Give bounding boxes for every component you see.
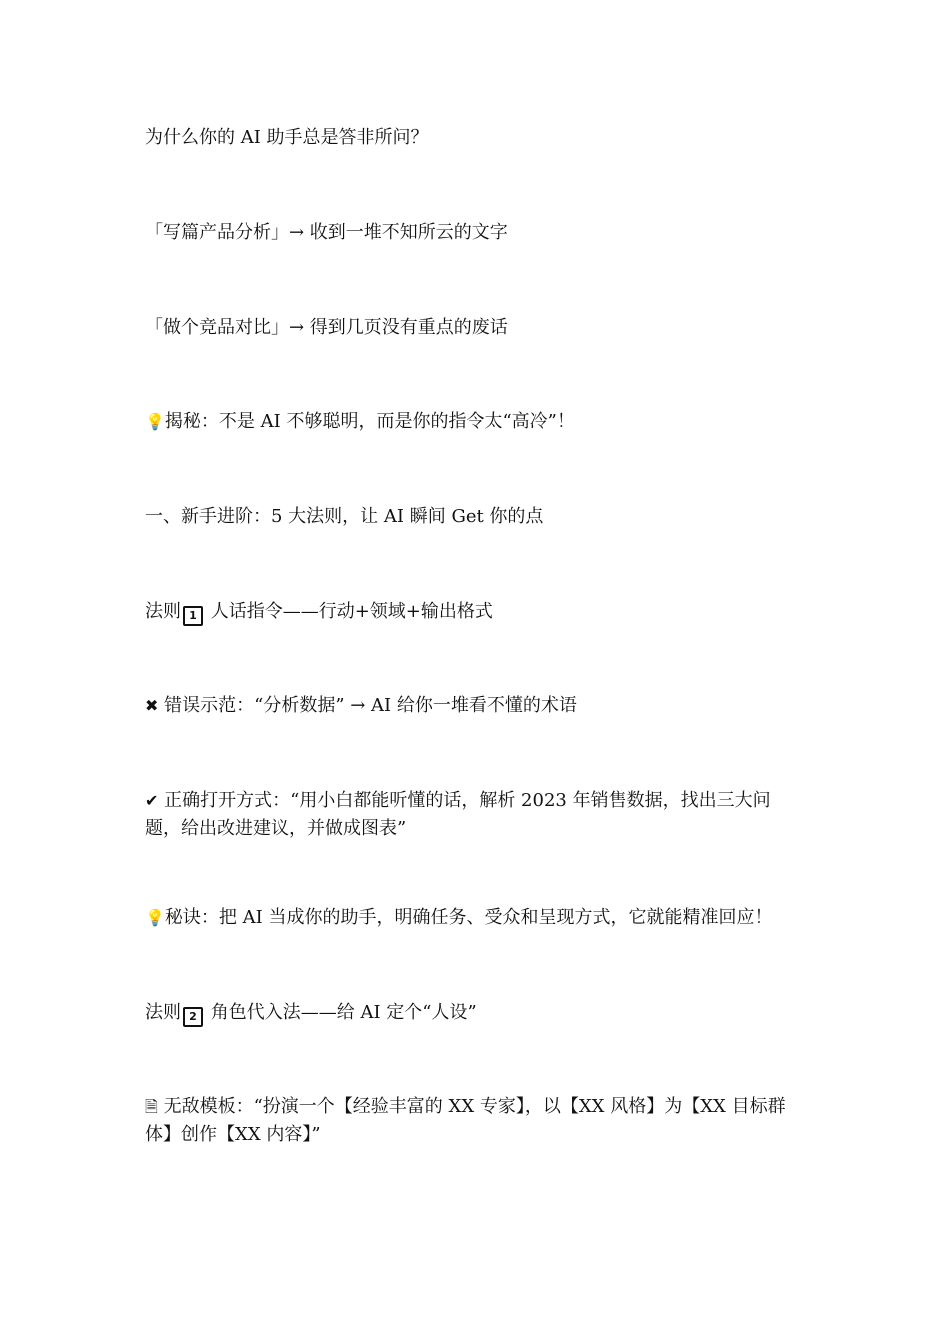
section-heading-five-rules: 一、新手进阶：5 大法则，让 AI 瞬间 Get 你的点: [145, 503, 805, 531]
paragraph-text: 正确打开方式：“用小白都能听懂的话，解析 2023 年销售数据，找出三大问题，给…: [145, 790, 771, 839]
paragraph-text: 「做个竞品对比」→ 得到几页没有重点的废话: [145, 317, 508, 338]
paragraph-example-competitor-comparison: 「做个竞品对比」→ 得到几页没有重点的废话: [145, 314, 805, 342]
paragraph-correct-example: ✔ 正确打开方式：“用小白都能听懂的话，解析 2023 年销售数据，找出三大问题…: [145, 787, 805, 843]
rule-title: 人话指令——行动+领域+输出格式: [205, 601, 493, 622]
keycap-1-icon: 1: [183, 606, 203, 626]
keycap-2-icon: 2: [183, 1007, 203, 1027]
paragraph-template: 🗎 无敌模板：“扮演一个【经验丰富的 XX 专家】，以【XX 风格】为【XX 目…: [145, 1093, 805, 1149]
section-heading-text: 一、新手进阶：5 大法则，让 AI 瞬间 Get 你的点: [145, 506, 543, 527]
lightbulb-icon: 💡: [145, 408, 165, 436]
paragraph-text: 「写篇产品分析」→ 收到一堆不知所云的文字: [145, 222, 508, 243]
rule-2-heading: 法则2 角色代入法——给 AI 定个“人设”: [145, 999, 805, 1027]
document-page: 为什么你的 AI 助手总是答非所问？ 「写篇产品分析」→ 收到一堆不知所云的文字…: [0, 0, 950, 1344]
paragraph-text: 无敌模板：“扮演一个【经验丰富的 XX 专家】，以【XX 风格】为【XX 目标群…: [145, 1096, 786, 1145]
paragraph-wrong-example: ✖ 错误示范：“分析数据” → AI 给你一堆看不懂的术语: [145, 692, 805, 720]
paragraph-text: 秘诀：把 AI 当成你的助手，明确任务、受众和呈现方式，它就能精准回应！: [165, 907, 773, 928]
rule-1-heading: 法则1 人话指令——行动+领域+输出格式: [145, 598, 805, 626]
rule-prefix: 法则: [145, 1002, 181, 1023]
paragraph-secret-tip: 💡秘诀：把 AI 当成你的助手，明确任务、受众和呈现方式，它就能精准回应！: [145, 904, 805, 932]
paragraph-reveal: 💡揭秘：不是 AI 不够聪明，而是你的指令太“高冷”！: [145, 408, 805, 436]
cross-mark-icon: ✖: [145, 692, 158, 720]
rule-title: 角色代入法——给 AI 定个“人设”: [205, 1002, 477, 1023]
paragraph-text: 错误示范：“分析数据” → AI 给你一堆看不懂的术语: [158, 695, 576, 716]
check-mark-icon: ✔: [145, 787, 158, 815]
lightbulb-icon: 💡: [145, 904, 165, 932]
paragraph-text: 为什么你的 AI 助手总是答非所问？: [145, 127, 429, 148]
paragraph-example-product-analysis: 「写篇产品分析」→ 收到一堆不知所云的文字: [145, 219, 805, 247]
paragraph-text: 揭秘：不是 AI 不够聪明，而是你的指令太“高冷”！: [165, 411, 575, 432]
rule-prefix: 法则: [145, 601, 181, 622]
memo-icon: 🗎: [145, 1093, 158, 1121]
paragraph-headline-question: 为什么你的 AI 助手总是答非所问？: [145, 124, 805, 152]
